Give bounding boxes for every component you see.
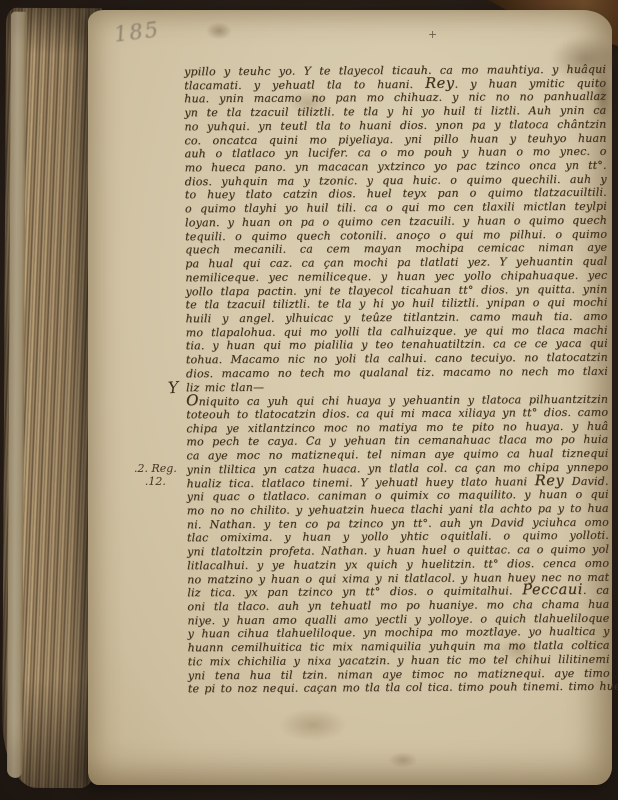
stain-mark	[278, 708, 348, 742]
manuscript-page: 185 + Y .2. Reg. .12. ypillo y teuhc yo.…	[88, 10, 612, 785]
citation-chapter: .12.	[134, 475, 177, 488]
stain-mark	[206, 22, 232, 40]
folio-number: 185	[113, 17, 162, 46]
citation-book: .2. Reg.	[134, 462, 177, 475]
display-word: Peccaui	[522, 582, 583, 598]
initial-capital: O	[186, 391, 199, 409]
manuscript-photo: 185 + Y .2. Reg. .12. ypillo y teuhc yo.…	[0, 0, 618, 800]
stain-mark	[388, 752, 418, 768]
paragraph-mark: Y	[167, 378, 179, 398]
manuscript-text: ypillo y teuhc yo. Y te tlayecol ticauh.…	[184, 63, 610, 697]
margin-citation: .2. Reg. .12.	[134, 462, 177, 488]
display-word: Rey	[425, 75, 455, 91]
first-leaf-edge	[7, 12, 26, 778]
text-line: te pi to noz nequi. caçan mo tla tla col…	[188, 680, 610, 696]
ink-cross-mark: +	[428, 28, 437, 41]
display-word: Rey	[535, 473, 565, 489]
text-line: dios. macamo no tech mo qualanal tiz. ma…	[186, 365, 608, 381]
